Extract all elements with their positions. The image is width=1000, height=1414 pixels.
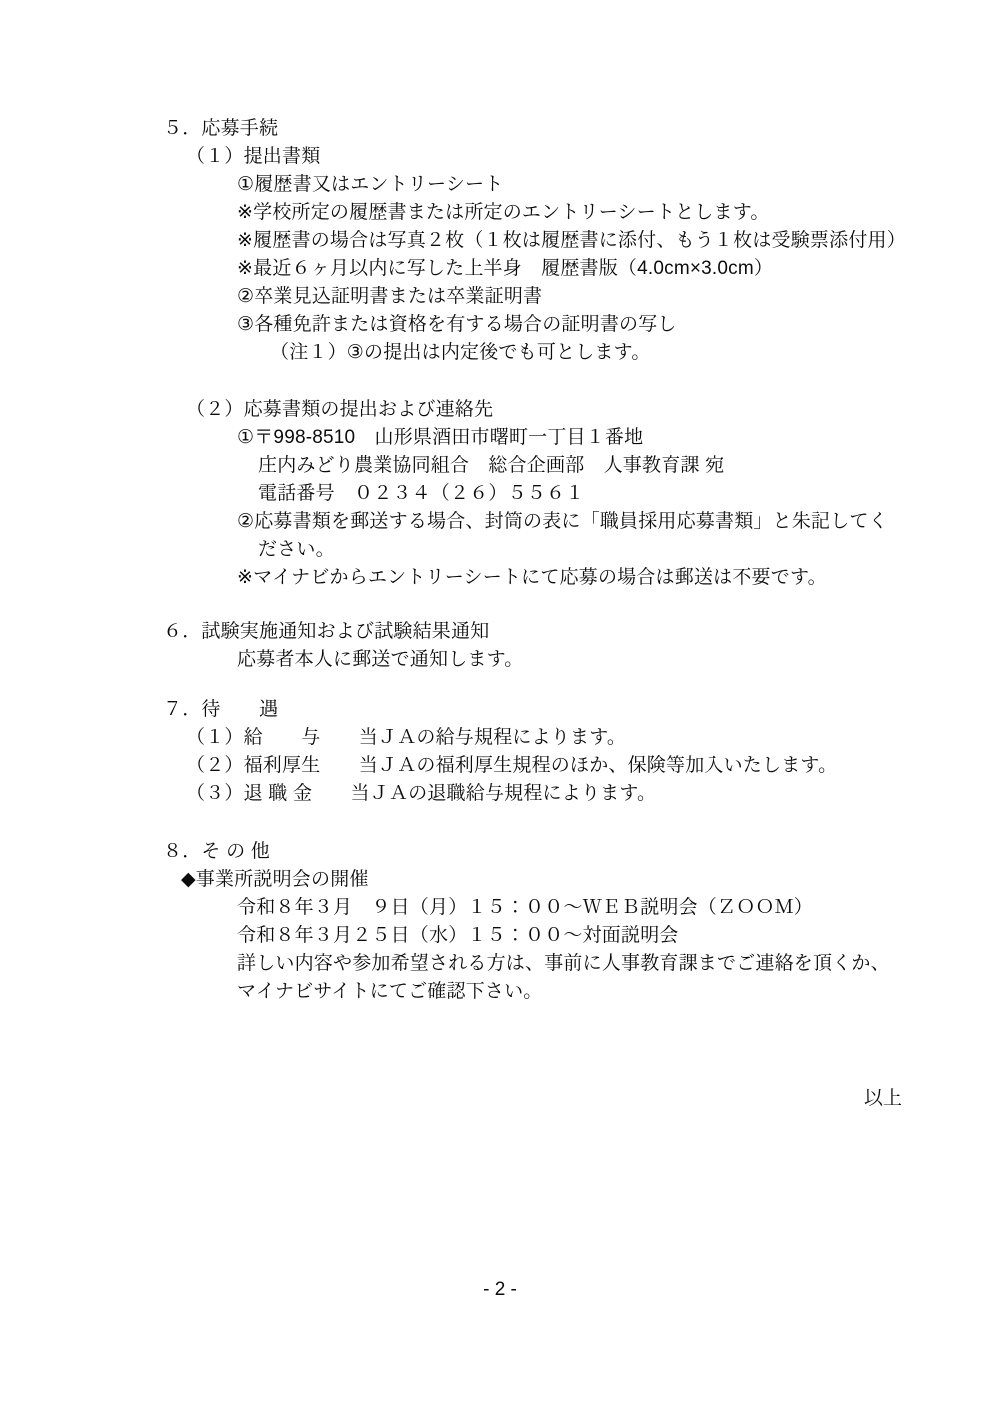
section-7-heading: ７．待 遇 — [0, 696, 1000, 724]
benefit-line-retirement: （３）退 職 金 当ＪＡの退職給与規程によります。 — [0, 780, 1000, 808]
text-line: 応募者本人に郵送で通知します。 — [0, 646, 1000, 674]
address-line: 庄内みどり農業協同組合 総合企画部 人事教育課 宛 — [0, 452, 1000, 480]
section-6-notification: ６．試験実施通知および試験結果通知 応募者本人に郵送で通知します。 — [0, 618, 1000, 674]
text-line: 詳しい内容や参加希望される方は、事前に人事教育課までご連絡を頂くか、 — [0, 950, 1000, 978]
note-line: （注１）③の提出は内定後でも可とします。 — [0, 339, 1000, 367]
text-line: ※学校所定の履歴書または所定のエントリーシートとします。 — [0, 199, 1000, 227]
text-line: ②卒業見込証明書または卒業証明書 — [0, 283, 1000, 311]
text-line: マイナビサイトにてご確認下さい。 — [0, 978, 1000, 1006]
address-line: ①〒998-8510 山形県酒田市曙町一丁目１番地 — [0, 424, 1000, 452]
section-5-heading: ５．応募手続 — [0, 115, 1000, 143]
event-line-web: 令和８年３月 ９日（月）１５：００～ＷＥＢ説明会（ＺＯＯＭ） — [0, 894, 1000, 922]
section-7-benefits: ７．待 遇 （１）給 与 当ＪＡの給与規程によります。 （２）福利厚生 当ＪＡの… — [0, 696, 1000, 808]
text-line: ※履歴書の場合は写真２枚（１枚は履歴書に添付、もう１枚は受験票添付用） — [0, 227, 1000, 255]
section-5-2-heading: （２）応募書類の提出および連絡先 — [0, 396, 1000, 424]
section-5-application-procedure: ５．応募手続 （１）提出書類 ①履歴書又はエントリーシート ※学校所定の履歴書ま… — [0, 115, 1000, 367]
document-page: ５．応募手続 （１）提出書類 ①履歴書又はエントリーシート ※学校所定の履歴書ま… — [0, 0, 1000, 1414]
section-6-heading: ６．試験実施通知および試験結果通知 — [0, 618, 1000, 646]
text-line: ださい。 — [0, 536, 1000, 564]
benefit-line-welfare: （２）福利厚生 当ＪＡの福利厚生規程のほか、保険等加入いたします。 — [0, 752, 1000, 780]
closing-statement: 以上 — [864, 1085, 902, 1113]
text-line: ※マイナビからエントリーシートにて応募の場合は郵送は不要です。 — [0, 564, 1000, 592]
text-line: ※最近６ヶ月以内に写した上半身 履歴書版（4.0cm×3.0cm） — [0, 255, 1000, 283]
text-line: ②応募書類を郵送する場合、封筒の表に「職員採用応募書類」と朱記してく — [0, 508, 1000, 536]
section-5-2-submission-contact: （２）応募書類の提出および連絡先 ①〒998-8510 山形県酒田市曙町一丁目１… — [0, 396, 1000, 592]
section-8-heading: ８．そ の 他 — [0, 838, 1000, 866]
section-8-other: ８．そ の 他 ◆事業所説明会の開催 令和８年３月 ９日（月）１５：００～ＷＥＢ… — [0, 838, 1000, 1006]
benefit-line-salary: （１）給 与 当ＪＡの給与規程によります。 — [0, 724, 1000, 752]
text-line: ①履歴書又はエントリーシート — [0, 171, 1000, 199]
event-line-onsite: 令和８年３月２５日（水）１５：００～対面説明会 — [0, 922, 1000, 950]
section-8-subheading: ◆事業所説明会の開催 — [0, 866, 1000, 894]
text-line: ③各種免許または資格を有する場合の証明書の写し — [0, 311, 1000, 339]
section-5-1-heading: （１）提出書類 — [0, 143, 1000, 171]
phone-line: 電話番号 ０２３４（２６）５５６１ — [0, 480, 1000, 508]
page-number: - 2 - — [0, 1276, 1000, 1304]
